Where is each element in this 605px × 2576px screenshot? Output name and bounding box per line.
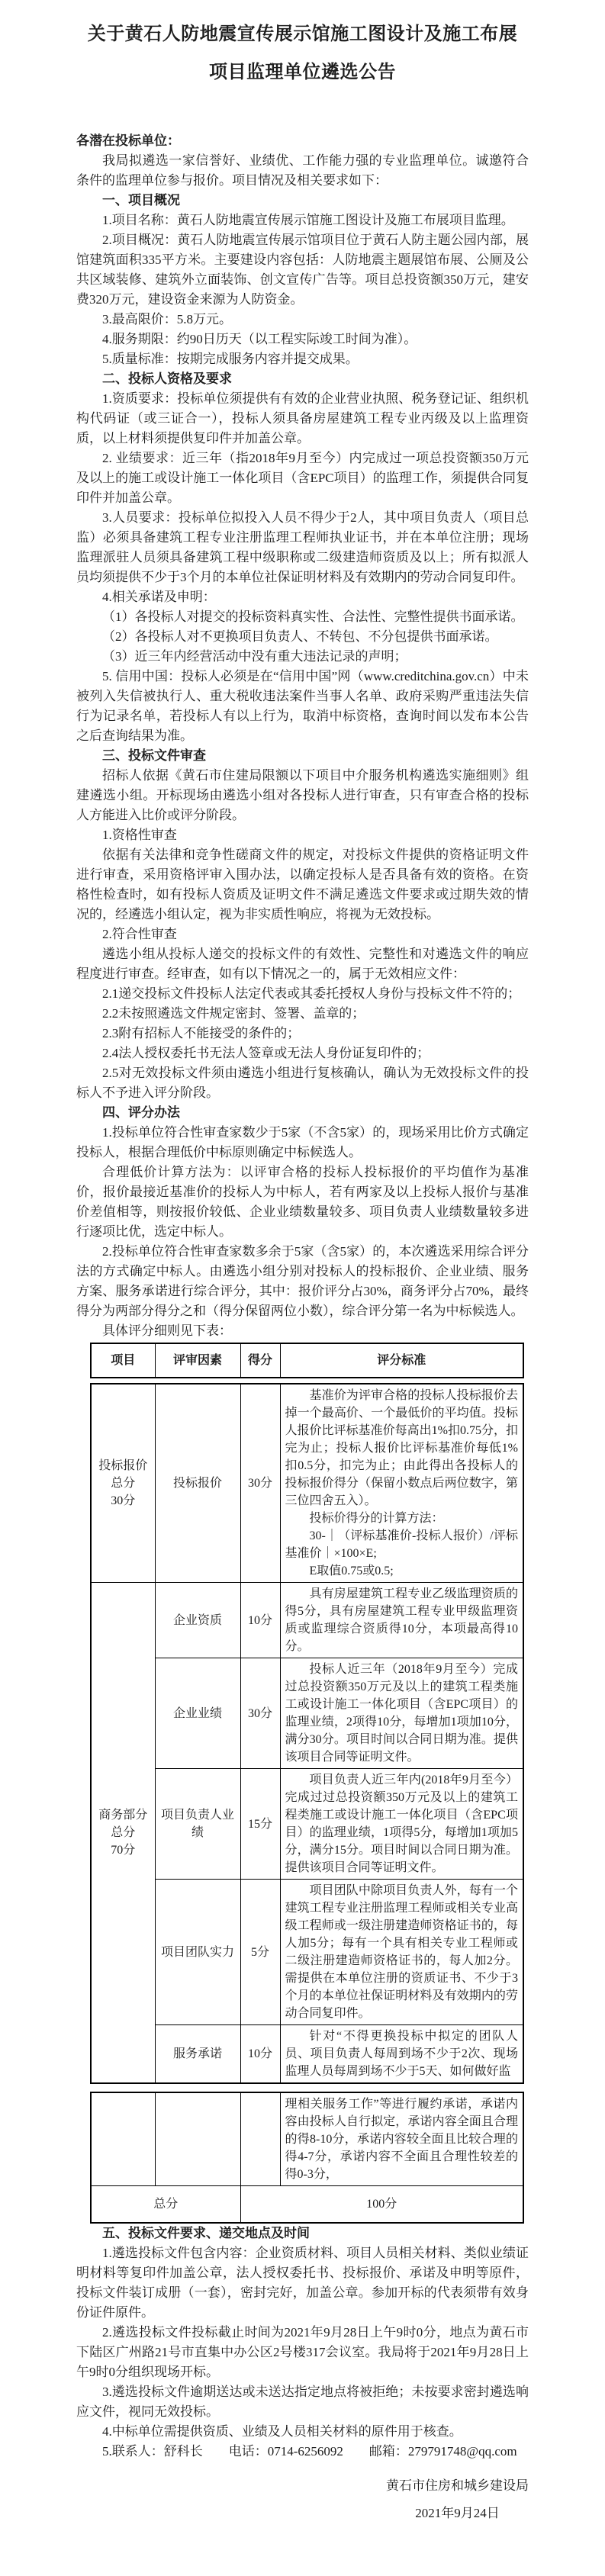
closing-section: 五、投标文件要求、递交地点及时间1.遴选投标文件包含内容：企业资质材料、项目人员…	[76, 2224, 529, 2462]
section-heading: 二、投标人资格及要求	[76, 369, 529, 389]
section-heading: 四、评分办法	[76, 1103, 529, 1123]
issue-date: 2021年9月24日	[386, 2500, 529, 2527]
paragraph: 1.项目名称：黄石人防地震宣传展示馆施工图设计及施工布展项目监理。	[76, 211, 529, 230]
paragraph: 3.遴选投标文件逾期送达或未送达指定地点将被拒绝；未按要求密封遴选响应文件，视同…	[76, 2382, 529, 2422]
column-header: 评分标准	[280, 1343, 523, 1378]
paragraph: 1.遴选投标文件包含内容：企业资质材料、项目人员相关材料、类似业绩证明材料等复印…	[76, 2243, 529, 2323]
paragraph: 2.1递交投标文件投标人法定代表或其委托授权人身份与投标文件不符的；	[76, 984, 529, 1004]
paragraph: 1.资质要求：投标单位须提供有有效的企业营业执照、税务登记证、组织机构代码证（或…	[76, 389, 529, 449]
total-label-cell: 总分	[91, 2186, 240, 2224]
paragraph: 5.联系人：舒科长 电话：0714-6256092 邮箱：279791748@q…	[76, 2442, 529, 2462]
score-cell: 30分	[240, 1384, 280, 1583]
paragraph: （3）近三年内经营活动中没有重大违法记录的声明；	[76, 647, 529, 667]
score-table-segment: 理相关服务工作”等进行履约承诺，承诺内容由投标人自行拟定，承诺内容全面且合理的得…	[90, 2092, 524, 2224]
criteria-cell: 针对“不得更换投标中拟定的团队人员、项目负责人每周到场不少于2次、现场监理人员每…	[280, 2025, 523, 2084]
signature-block: 黄石市住房和城乡建设局 2021年9月24日	[76, 2472, 529, 2527]
score-table: 项目评审因素得分评分标准投标报价总分30分投标报价30分基准价为评审合格的投标人…	[76, 1343, 529, 2224]
score-table-segment: 项目评审因素得分评分标准	[90, 1343, 524, 1378]
intro-paragraph: 我局拟遴选一家信誉好、业绩优、工作能力强的专业监理单位。诚邀符合条件的监理单位参…	[76, 151, 529, 191]
paragraph: 2.4法人授权委托书无法人签章或无法人身份证复印件的；	[76, 1044, 529, 1063]
criteria-cell: 项目团队中除项目负责人外，每有一个建筑工程专业注册监理工程师或相关专业高级工程师…	[280, 1880, 523, 2025]
factor-cell: 项目负责人业绩	[155, 1769, 240, 1880]
section-heading: 五、投标文件要求、递交地点及时间	[76, 2224, 529, 2243]
score-cell: 30分	[240, 1658, 280, 1769]
paragraph: 3.最高限价：5.8万元。	[76, 310, 529, 330]
factor-cell: 服务承诺	[155, 2025, 240, 2084]
salutation: 各潜在投标单位：	[76, 131, 529, 151]
paragraph: 5. 信用中国：投标人必须是在“信用中国”网（www.creditchina.g…	[76, 667, 529, 746]
score-cell: 10分	[240, 2025, 280, 2084]
paragraph: 2.5对无效投标文件须由遴选小组进行复核确认，确认为无效投标文件的投标人不予进入…	[76, 1063, 529, 1103]
paragraph: 3.人员要求：投标单位拟投入人员不得少于2人，其中项目负责人（项目总监）必须具备…	[76, 508, 529, 587]
paragraph: 4.中标单位需提供资质、业绩及人员相关材料的原件用于核查。	[76, 2422, 529, 2442]
factor-cell: 投标报价	[155, 1384, 240, 1583]
total-value-cell: 100分	[240, 2186, 523, 2224]
section-heading: 一、项目概况	[76, 191, 529, 211]
paragraph: （2）各投标人对不更换项目负责人、不转包、不分包提供书面承诺。	[76, 627, 529, 647]
paragraph: 2.项目概况：黄石人防地震宣传展示馆项目位于黄石人防主题公园内部，展馆建筑面积3…	[76, 230, 529, 310]
category-cell: 投标报价总分30分	[91, 1384, 155, 1583]
sections-container: 一、项目概况1.项目名称：黄石人防地震宣传展示馆施工图设计及施工布展项目监理。2…	[76, 191, 529, 1341]
column-header: 项目	[91, 1343, 155, 1378]
empty-cell	[91, 2092, 155, 2186]
document-title: 关于黄石人防地震宣传展示馆施工图设计及施工布展项目监理单位遴选公告	[80, 15, 526, 92]
column-header: 评审因素	[155, 1343, 240, 1378]
announcement-document: 关于黄石人防地震宣传展示馆施工图设计及施工布展项目监理单位遴选公告 各潜在投标单…	[0, 0, 605, 2576]
criteria-cell: 理相关服务工作”等进行履约承诺，承诺内容由投标人自行拟定，承诺内容全面且合理的得…	[280, 2092, 523, 2186]
paragraph: 2.遴选投标文件投标截止时间为2021年9月28日上午9时0分，地点为黄石市下陆…	[76, 2323, 529, 2382]
paragraph: 2.符合性审查	[76, 925, 529, 944]
empty-cell	[240, 2092, 280, 2186]
paragraph: （1）各投标人对提交的投标资料真实性、合法性、完整性提供书面承诺。	[76, 607, 529, 627]
paragraph: 招标人依据《黄石市住建局限额以下项目中介服务机构遴选实施细则》组建遴选小组。开标…	[76, 766, 529, 825]
column-header: 得分	[240, 1343, 280, 1378]
paragraph: 2.2未按照遴选文件规定密封、签署、盖章的；	[76, 1004, 529, 1024]
criteria-cell: 基准价为评审合格的投标人投标报价去掉一个最高价、一个最低价的平均值。投标人报价比…	[280, 1384, 523, 1583]
empty-cell	[155, 2092, 240, 2186]
criteria-cell: 项目负责人近三年内(2018年9月至今）完成过过总投资额350万元及以上的建筑工…	[280, 1769, 523, 1880]
score-cell: 5分	[240, 1880, 280, 2025]
paragraph: 4.服务期限：约90日历天（以工程实际竣工时间为准）。	[76, 330, 529, 349]
factor-cell: 企业资质	[155, 1583, 240, 1658]
paragraph: 2.投标单位符合性审查家数多余于5家（含5家）的，本次遴选采用综合评分法的方式确…	[76, 1242, 529, 1321]
score-cell: 15分	[240, 1769, 280, 1880]
paragraph: 4.相关承诺及申明：	[76, 587, 529, 607]
paragraph: 5.质量标准：按期完成服务内容并提交成果。	[76, 349, 529, 369]
paragraph: 2.3附有招标人不能接受的条件的；	[76, 1024, 529, 1044]
section-heading: 三、投标文件审查	[76, 746, 529, 766]
paragraph: 1.投标单位符合性审查家数少于5家（不含5家）的，现场采用比价方式确定投标人，根…	[76, 1123, 529, 1163]
paragraph: 具体评分细则见下表：	[76, 1321, 529, 1341]
criteria-cell: 投标人近三年（2018年9月至今）完成过总投资额350万元及以上的建筑工程类施工…	[280, 1658, 523, 1769]
factor-cell: 企业业绩	[155, 1658, 240, 1769]
paragraph: 1.资格性审查	[76, 825, 529, 845]
score-table-segment: 投标报价总分30分投标报价30分基准价为评审合格的投标人投标报价去掉一个最高价、…	[90, 1383, 524, 2084]
issuer-name: 黄石市住房和城乡建设局	[386, 2472, 529, 2500]
paragraph: 遴选小组从投标人递交的投标文件的有效性、完整性和对遴选文件的响应程度进行审查。经…	[76, 944, 529, 984]
paragraph: 依据有关法律和竞争性磋商文件的规定，对投标文件提供的资格证明文件进行审查，采用资…	[76, 845, 529, 925]
paragraph: 2. 业绩要求：近三年（指2018年9月至今）内完成过一项总投资额350万元及以…	[76, 449, 529, 508]
category-cell: 商务部分总分70分	[91, 1583, 155, 2084]
paragraph: 合理低价计算方法为：以评审合格的投标人投标报价的平均值作为基准价，报价最接近基准…	[76, 1163, 529, 1242]
score-cell: 10分	[240, 1583, 280, 1658]
criteria-cell: 具有房屋建筑工程专业乙级监理资质的得5分，具有房屋建筑工程专业甲级监理资质或监理…	[280, 1583, 523, 1658]
factor-cell: 项目团队实力	[155, 1880, 240, 2025]
